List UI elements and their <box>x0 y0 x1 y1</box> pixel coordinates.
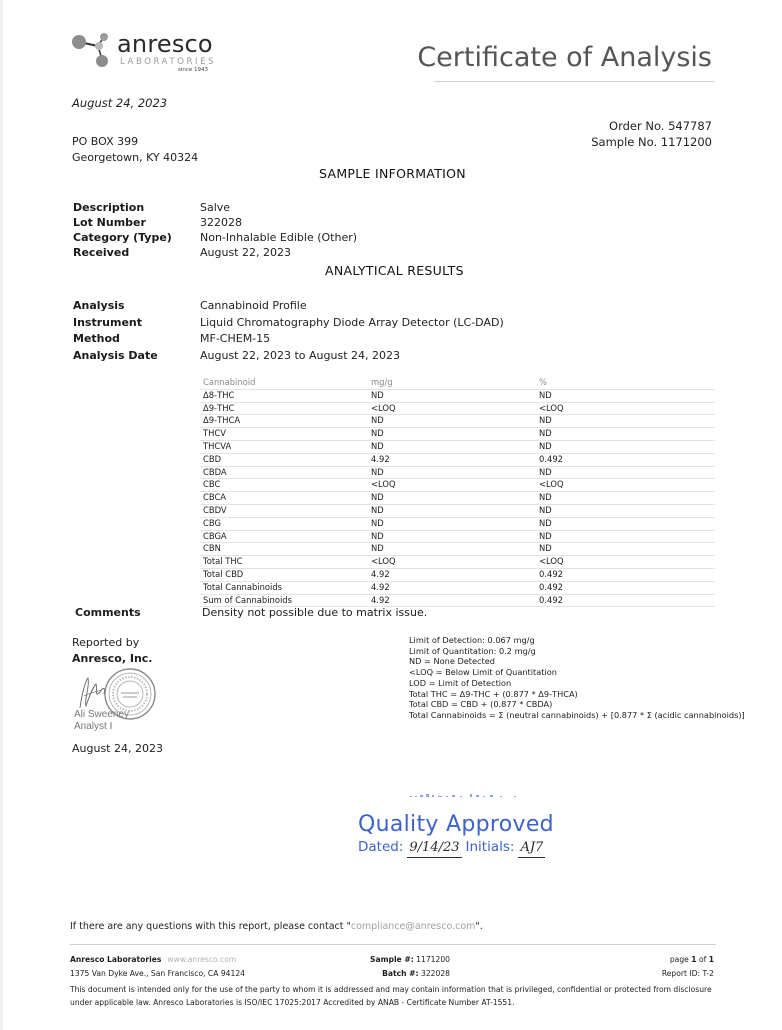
footer-divider <box>70 944 716 945</box>
field-label: Category (Type) <box>73 230 200 245</box>
field-value: August 22, 2023 to August 24, 2023 <box>200 348 400 365</box>
analyst-name: Ali Sweeney <box>74 709 129 721</box>
value-percent: ND <box>539 441 715 453</box>
footer-batch-label: Batch #: <box>382 969 419 978</box>
contact-line: If there are any questions with this rep… <box>70 921 483 932</box>
table-row: Total CBD4.920.492 <box>200 569 715 582</box>
value-percent: 0.492 <box>539 582 715 594</box>
sample-number: Sample No. 1171200 <box>591 134 712 150</box>
value-mg-per-g: ND <box>371 467 539 479</box>
table-row: Δ8-THCNDND <box>200 390 715 403</box>
logo-wordmark: anresco <box>117 32 213 56</box>
cannabinoid-name: Δ8-THC <box>200 390 371 402</box>
note-line: Limit of Quantitation: 0.2 mg/g <box>409 646 745 657</box>
value-mg-per-g: <LOQ <box>371 403 539 415</box>
field-value: Liquid Chromatography Diode Array Detect… <box>200 315 504 332</box>
comments-label: Comments <box>75 606 202 619</box>
value-percent: ND <box>539 543 715 555</box>
value-mg-per-g: ND <box>371 531 539 543</box>
field-row: InstrumentLiquid Chromatography Diode Ar… <box>73 315 504 332</box>
cannabinoid-name: THCVA <box>200 441 371 453</box>
value-percent: ND <box>539 505 715 517</box>
value-mg-per-g: 4.92 <box>371 569 539 581</box>
value-mg-per-g: ND <box>371 428 539 440</box>
cannabinoid-name: CBN <box>200 543 371 555</box>
cannabinoid-name: CBDA <box>200 467 371 479</box>
reported-date: August 24, 2023 <box>72 742 163 755</box>
field-label: Analysis <box>73 298 200 315</box>
value-percent: <LOQ <box>539 403 715 415</box>
value-mg-per-g: 4.92 <box>371 595 539 607</box>
quality-approved-stamp: Quality Approved Dated: 9/14/23 Initials… <box>358 812 554 858</box>
cannabinoid-name: CBG <box>200 518 371 530</box>
footer-sample-label: Sample #: <box>370 955 414 964</box>
reporting-company: Anresco, Inc. <box>72 651 153 667</box>
title-divider <box>434 81 714 82</box>
table-row: CBC<LOQ<LOQ <box>200 479 715 492</box>
page-total: 1 <box>709 955 714 964</box>
value-percent: <LOQ <box>539 479 715 491</box>
value-mg-per-g: ND <box>371 505 539 517</box>
value-percent: ND <box>539 415 715 427</box>
page-prefix: page <box>670 955 689 964</box>
initials-value: AJ7 <box>518 839 545 858</box>
cannabinoid-results-table: Cannabinoid mg/g % Δ8-THCNDNDΔ9-THC<LOQ<… <box>200 377 715 607</box>
client-address: PO BOX 399 Georgetown, KY 40324 <box>72 134 198 166</box>
compliance-email-link[interactable]: compliance@anresco.com <box>351 921 476 932</box>
field-value: Cannabinoid Profile <box>200 298 307 315</box>
comments-text: Density not possible due to matrix issue… <box>202 606 427 619</box>
address-line-2: Georgetown, KY 40324 <box>72 150 198 166</box>
value-percent: ND <box>539 492 715 504</box>
value-percent: 0.492 <box>539 454 715 466</box>
sample-information-fields: DescriptionSalve Lot Number322028 Catego… <box>73 200 357 260</box>
quality-approved-details: Dated: 9/14/23 Initials: AJ7 <box>358 838 554 858</box>
molecule-icon <box>70 30 120 72</box>
document-title: Certificate of Analysis <box>417 41 712 75</box>
value-mg-per-g: ND <box>371 543 539 555</box>
field-row: ReceivedAugust 22, 2023 <box>73 245 357 260</box>
table-header: Cannabinoid mg/g % <box>200 377 715 390</box>
field-value: 322028 <box>200 215 242 230</box>
legal-disclaimer: This document is intended only for the u… <box>70 983 720 1009</box>
table-row: THCVANDND <box>200 441 715 454</box>
page-current: 1 <box>691 955 696 964</box>
cannabinoid-name: CBGA <box>200 531 371 543</box>
contact-suffix: ". <box>475 921 482 932</box>
value-percent: ND <box>539 428 715 440</box>
table-row: Δ9-THC<LOQ<LOQ <box>200 403 715 416</box>
table-row: CBCANDND <box>200 492 715 505</box>
field-label: Method <box>73 331 200 348</box>
value-percent: 0.492 <box>539 595 715 607</box>
field-row: DescriptionSalve <box>73 200 357 215</box>
footer-sample-info: Sample #: 1171200 Batch #: 322028 <box>350 953 450 981</box>
value-mg-per-g: ND <box>371 492 539 504</box>
field-row: Category (Type)Non-Inhalable Edible (Oth… <box>73 230 357 245</box>
footer-batch-value: 322028 <box>421 969 450 978</box>
page-of: of <box>699 955 706 964</box>
note-line: Limit of Detection: 0.067 mg/g <box>409 635 745 646</box>
value-percent: ND <box>539 531 715 543</box>
reported-by: Reported by Anresco, Inc. <box>72 635 153 666</box>
analysis-fields: AnalysisCannabinoid Profile InstrumentLi… <box>73 298 504 364</box>
note-line: <LOQ = Below Limit of Quantitation <box>409 667 745 678</box>
value-percent: ND <box>539 467 715 479</box>
analyst: Ali Sweeney Analyst I <box>74 709 129 733</box>
note-line: ND = None Detected <box>409 656 745 667</box>
value-percent: 0.492 <box>539 569 715 581</box>
order-info: Order No. 547787 Sample No. 1171200 <box>591 118 712 150</box>
field-row: Analysis DateAugust 22, 2023 to August 2… <box>73 348 504 365</box>
quality-approved-title: Quality Approved <box>358 812 554 838</box>
reported-by-label: Reported by <box>72 635 153 651</box>
dated-value: 9/14/23 <box>407 839 461 858</box>
definitions-notes: Limit of Detection: 0.067 mg/gLimit of Q… <box>409 635 745 721</box>
table-row: Δ9-THCANDND <box>200 415 715 428</box>
field-label: Analysis Date <box>73 348 200 365</box>
logo-subtitle: LABORATORIES <box>120 57 216 67</box>
footer-website-link[interactable]: www.anresco.com <box>167 955 236 964</box>
table-row: Total Cannabinoids4.920.492 <box>200 582 715 595</box>
cannabinoid-name: CBD <box>200 454 371 466</box>
logo-since: since 1943 <box>178 67 208 74</box>
footer-sample-value: 1171200 <box>416 955 450 964</box>
comments: CommentsDensity not possible due to matr… <box>75 606 427 619</box>
footer-lab-name: Anresco Laboratories <box>70 955 161 964</box>
contact-prefix: If there are any questions with this rep… <box>70 921 351 932</box>
field-value: MF-CHEM-15 <box>200 331 270 348</box>
table-row: CBGANDND <box>200 531 715 544</box>
value-mg-per-g: ND <box>371 441 539 453</box>
value-mg-per-g: 4.92 <box>371 582 539 594</box>
note-line: LOD = Limit of Detection <box>409 678 745 689</box>
field-label: Description <box>73 200 200 215</box>
column-header-cannabinoid: Cannabinoid <box>200 377 371 389</box>
table-row: THCVNDND <box>200 428 715 441</box>
table-body: Δ8-THCNDNDΔ9-THC<LOQ<LOQΔ9-THCANDNDTHCVN… <box>200 390 715 608</box>
analytical-results-heading: ANALYTICAL RESULTS <box>325 263 464 278</box>
page-indicator: page 1 of 1 <box>662 953 714 967</box>
analyst-title: Analyst I <box>74 721 129 733</box>
field-label: Received <box>73 245 200 260</box>
cannabinoid-name: CBDV <box>200 505 371 517</box>
cannabinoid-name: Total Cannabinoids <box>200 582 371 594</box>
note-line: Total Cannabinoids = Σ (neutral cannabin… <box>409 710 745 721</box>
table-row: CBDVNDND <box>200 505 715 518</box>
table-row: CBGNDND <box>200 518 715 531</box>
faint-stamp-mark <box>410 793 525 799</box>
initials-label: Initials: <box>466 838 515 856</box>
cannabinoid-name: THCV <box>200 428 371 440</box>
cannabinoid-name: CBC <box>200 479 371 491</box>
value-mg-per-g: <LOQ <box>371 479 539 491</box>
value-mg-per-g: ND <box>371 518 539 530</box>
field-label: Instrument <box>73 315 200 332</box>
anresco-logo: anresco LABORATORIES since 1943 <box>70 28 250 76</box>
value-mg-per-g: 4.92 <box>371 454 539 466</box>
table-row: CBD4.920.492 <box>200 454 715 467</box>
order-number: Order No. 547787 <box>591 118 712 134</box>
value-mg-per-g: <LOQ <box>371 556 539 568</box>
cannabinoid-name: Total CBD <box>200 569 371 581</box>
field-row: Lot Number322028 <box>73 215 357 230</box>
field-value: Non-Inhalable Edible (Other) <box>200 230 357 245</box>
report-id: Report ID: T-2 <box>662 967 714 981</box>
value-percent: <LOQ <box>539 556 715 568</box>
cannabinoid-name: Sum of Cannabinoids <box>200 595 371 607</box>
report-date: August 24, 2023 <box>72 96 167 110</box>
note-line: Total CBD = CBD + (0.877 * CBDA) <box>409 699 745 710</box>
table-row: CBNNDND <box>200 543 715 556</box>
value-mg-per-g: ND <box>371 390 539 402</box>
value-mg-per-g: ND <box>371 415 539 427</box>
dated-label: Dated: <box>358 838 403 856</box>
note-line: Total THC = Δ9-THC + (0.877 * Δ9-THCA) <box>409 689 745 700</box>
column-header-mg-per-g: mg/g <box>371 377 539 389</box>
cannabinoid-name: CBCA <box>200 492 371 504</box>
field-row: MethodMF-CHEM-15 <box>73 331 504 348</box>
page-edge <box>0 0 3 1030</box>
table-row: Total THC<LOQ<LOQ <box>200 556 715 569</box>
cannabinoid-name: Δ9-THC <box>200 403 371 415</box>
footer-lab-address: 1375 Van Dyke Ave., San Francisco, CA 94… <box>70 967 245 981</box>
field-row: AnalysisCannabinoid Profile <box>73 298 504 315</box>
footer-page-info: page 1 of 1 Report ID: T-2 <box>662 953 714 981</box>
value-percent: ND <box>539 518 715 530</box>
field-value: Salve <box>200 200 230 215</box>
field-label: Lot Number <box>73 215 200 230</box>
field-value: August 22, 2023 <box>200 245 291 260</box>
column-header-percent: % <box>539 377 715 389</box>
table-row: CBDANDND <box>200 467 715 480</box>
sample-information-heading: SAMPLE INFORMATION <box>319 166 466 181</box>
cannabinoid-name: Total THC <box>200 556 371 568</box>
footer-lab-info: Anresco Laboratorieswww.anresco.com 1375… <box>70 953 245 981</box>
value-percent: ND <box>539 390 715 402</box>
address-line-1: PO BOX 399 <box>72 134 198 150</box>
cannabinoid-name: Δ9-THCA <box>200 415 371 427</box>
